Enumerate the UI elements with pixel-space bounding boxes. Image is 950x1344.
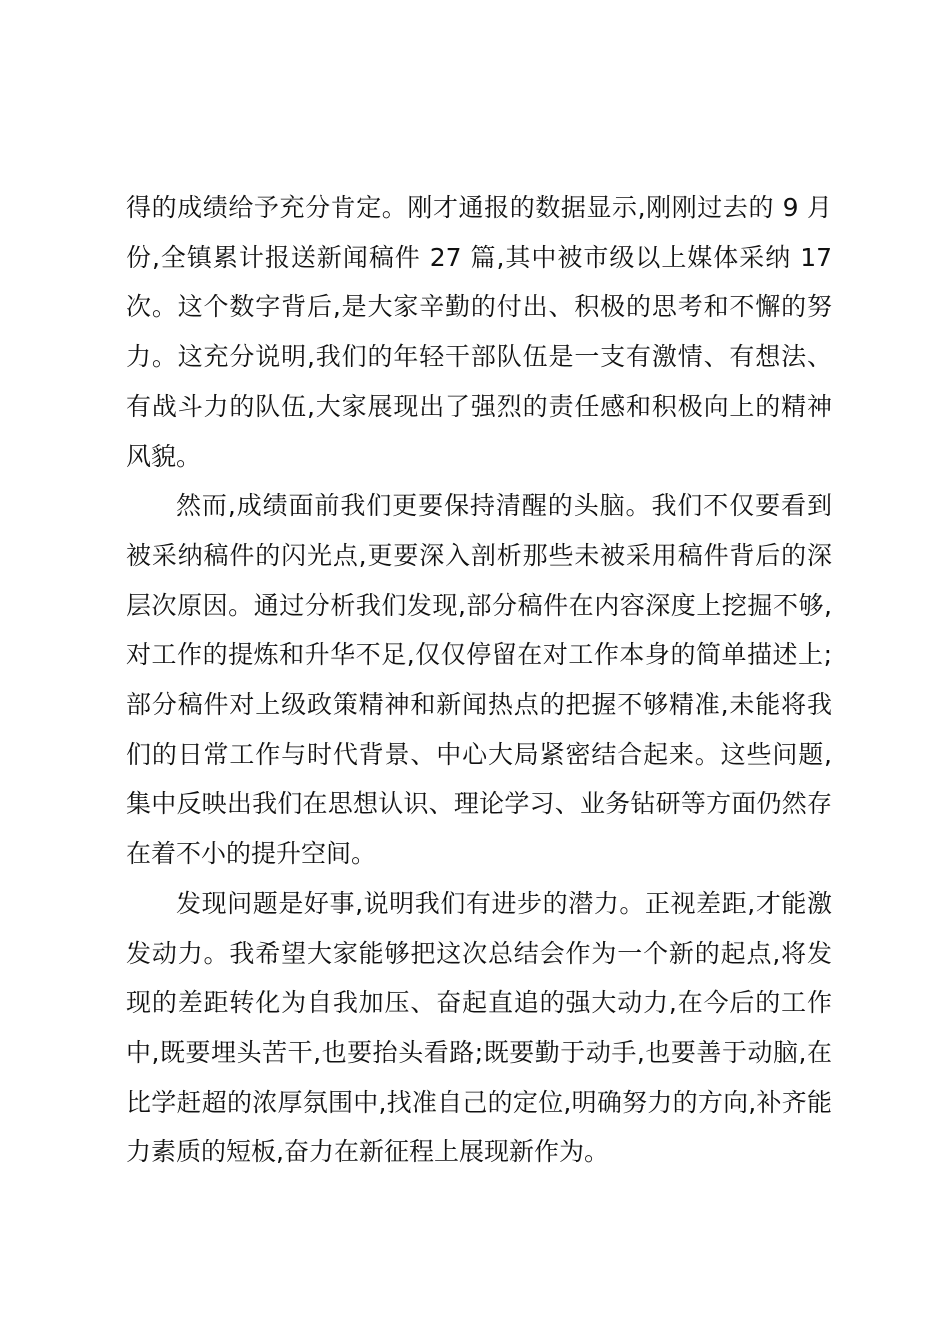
document-page: 得的成绩给予充分肯定。刚才通报的数据显示,刚刚过去的 9 月份,全镇累计报送新闻… bbox=[126, 183, 832, 1177]
paragraph-achievements: 得的成绩给予充分肯定。刚才通报的数据显示,刚刚过去的 9 月份,全镇累计报送新闻… bbox=[126, 183, 832, 481]
paragraph-problems: 然而,成绩面前我们更要保持清醒的头脑。我们不仅要看到被采纳稿件的闪光点,更要深入… bbox=[126, 481, 832, 879]
paragraph-expectations: 发现问题是好事,说明我们有进步的潜力。正视差距,才能激发动力。我希望大家能够把这… bbox=[126, 879, 832, 1177]
